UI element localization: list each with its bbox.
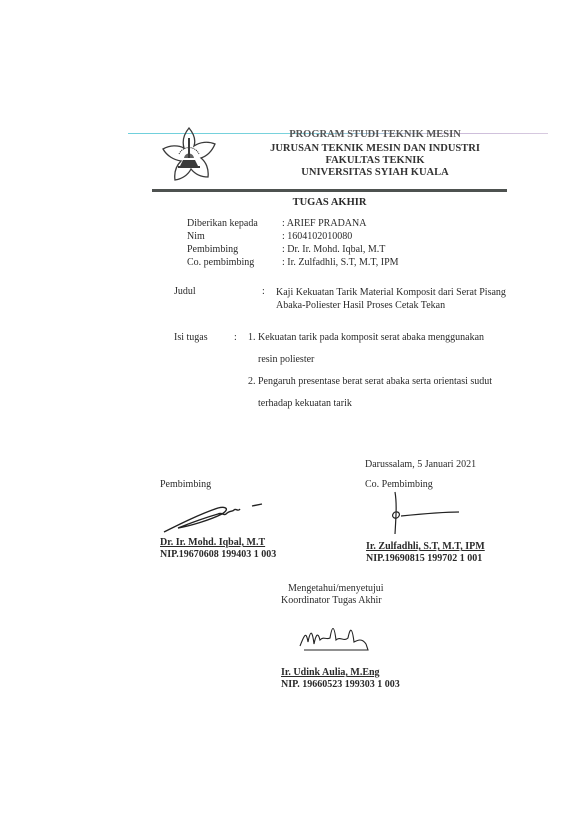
isi-tugas-item-1-cont: resin poliester	[258, 354, 314, 366]
header-jurusan: JURUSAN TEKNIK MESIN DAN INDUSTRI	[230, 143, 520, 155]
koordinator-signature	[298, 622, 370, 654]
info-value-pembimbing: : Dr. Ir. Mohd. Iqbal, M.T	[282, 244, 385, 256]
isi-tugas-item-2-cont: terhadap kekuatan tarik	[258, 398, 352, 410]
isi-tugas-label: Isi tugas	[174, 332, 208, 344]
approval-label: Mengetahui/menyetujui	[288, 583, 384, 595]
isi-tugas-item-2: 2. Pengaruh presentase berat serat abaka…	[248, 376, 492, 388]
pembimbing-name: Dr. Ir. Mohd. Iqbal, M.T	[160, 537, 265, 549]
pembimbing-signature	[160, 500, 270, 536]
header-program-studi: PROGRAM STUDI TEKNIK MESIN	[230, 129, 520, 141]
judul-label: Judul	[174, 286, 196, 298]
info-label-diberikan: Diberikan kepada	[187, 218, 258, 230]
info-label-co-pembimbing: Co. pembimbing	[187, 257, 254, 269]
koordinator-nip: NIP. 19660523 199303 1 003	[281, 679, 400, 691]
header-universitas: UNIVERSITAS SYIAH KUALA	[230, 167, 520, 179]
pembimbing-role: Pembimbing	[160, 479, 211, 491]
co-pembimbing-name: Ir. Zulfadhli, S.T, M.T, IPM	[366, 541, 485, 553]
pembimbing-nip: NIP.19670608 199403 1 003	[160, 549, 276, 561]
document-title: TUGAS AKHIR	[152, 197, 507, 208]
judul-colon: :	[262, 286, 265, 298]
judul-line-2: Abaka-Poliester Hasil Proses Cetak Tekan	[276, 299, 506, 312]
info-value-co-pembimbing: : Ir. Zulfadhli, S.T, M.T, IPM	[282, 257, 399, 269]
info-value-diberikan: : ARIEF PRADANA	[282, 218, 366, 230]
info-value-nim: : 1604102010080	[282, 231, 352, 243]
koordinator-name: Ir. Udink Aulia, M.Eng	[281, 667, 380, 679]
place-date: Darussalam, 5 Januari 2021	[365, 459, 476, 471]
isi-tugas-colon: :	[234, 332, 237, 344]
koordinator-role: Koordinator Tugas Akhir	[281, 595, 382, 607]
header-fakultas: FAKULTAS TEKNIK	[230, 155, 520, 167]
co-pembimbing-nip: NIP.19690815 199702 1 001	[366, 553, 482, 565]
judul-text: Kaji Kekuatan Tarik Material Komposit da…	[276, 286, 506, 312]
co-pembimbing-signature	[385, 490, 465, 540]
info-label-nim: Nim	[187, 231, 205, 243]
isi-tugas-item-1: 1. Kekuatan tarik pada komposit serat ab…	[248, 332, 484, 344]
university-emblem-icon	[158, 124, 220, 186]
judul-line-1: Kaji Kekuatan Tarik Material Komposit da…	[276, 286, 506, 299]
info-label-pembimbing: Pembimbing	[187, 244, 238, 256]
header-divider	[152, 189, 507, 192]
